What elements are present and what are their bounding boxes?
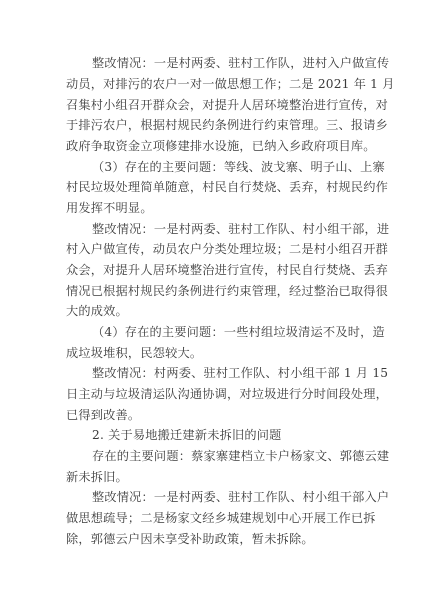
section-heading-3: （3）存在的主要问题：等线、波戈寨、明子山、上寨 bbox=[92, 157, 366, 177]
paragraph-line: 用发挥不明显。 bbox=[66, 198, 366, 218]
paragraph-line: 成垃圾堆积，民怨较大。 bbox=[66, 343, 366, 363]
paragraph-line: 存在的主要问题：蔡家寨建档立卡户杨家文、郭德云建 bbox=[92, 446, 366, 466]
section-heading-2: 2. 关于易地搬迁建新未拆旧的问题 bbox=[92, 425, 366, 445]
paragraph-line: 日主动与垃圾清运队沟通协调，对垃圾进行分时间段处理， bbox=[66, 384, 366, 404]
paragraph-line: 众会，对提升人居环境整治进行宣传，村民自行焚烧、丢弃 bbox=[66, 260, 366, 280]
paragraph-line: 村入户做宣传，动员农户分类处理垃圾；二是村小组召开群 bbox=[66, 239, 366, 259]
section-heading-4: （4）存在的主要问题：一些村组垃圾清运不及时，造 bbox=[92, 322, 366, 342]
document-page: 整改情况：一是村两委、驻村工作队，进村入户做宣传 动员，对排污的农户一对一做思想… bbox=[0, 0, 424, 600]
paragraph-line: 新未拆旧。 bbox=[66, 467, 366, 487]
paragraph-line: 情况已根据村规民约条例进行约束管理，经过整治已取得很 bbox=[66, 281, 366, 301]
paragraph-line: 整改情况：一是村两委、驻村工作队、村小组干部，进 bbox=[92, 219, 366, 239]
paragraph-line: 整改情况：一是村两委、驻村工作队，进村入户做宣传 bbox=[92, 53, 366, 73]
paragraph-line: 做思想疏导；二是杨家文经乡城建规划中心开展工作已拆 bbox=[66, 508, 366, 528]
paragraph-line: 动员，对排污的农户一对一做思想工作；二是 2021 年 1 月 bbox=[66, 74, 366, 94]
paragraph-line: 整改情况：一是村两委、驻村工作队、村小组干部入户 bbox=[92, 487, 366, 507]
paragraph-line: 已得到改善。 bbox=[66, 405, 366, 425]
paragraph-line: 政府争取资金立项修建排水设施，已纳入乡政府项目库。 bbox=[66, 136, 366, 156]
paragraph-line: 村民垃圾处理简单随意，村民自行焚烧、丢弃，村规民约作 bbox=[66, 177, 366, 197]
paragraph-line: 整改情况：村两委、驻村工作队、村小组干部 1 月 15 bbox=[92, 363, 366, 383]
paragraph-line: 除，郭德云户因未享受补助政策，暂未拆除。 bbox=[66, 529, 366, 549]
paragraph-line: 召集村小组召开群众会，对提升人居环境整治进行宣传，对 bbox=[66, 95, 366, 115]
paragraph-line: 大的成效。 bbox=[66, 301, 366, 321]
paragraph-line: 于排污农户，根据村规民约条例进行约束管理。三、报请乡 bbox=[66, 115, 366, 135]
